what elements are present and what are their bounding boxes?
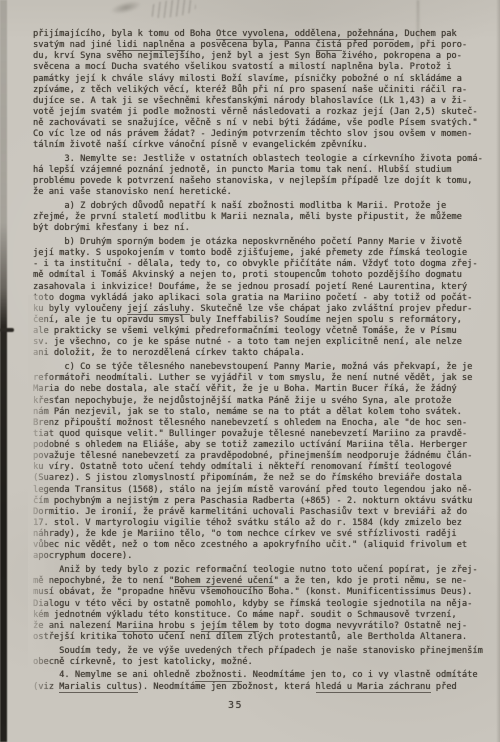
underline-mark <box>316 692 431 693</box>
text-line: ku byly vyloučeny její zásluhy. Skutečně… <box>33 304 493 315</box>
text-line: nám Pán nezjevil, jak se to stalo, nemám… <box>33 407 493 418</box>
text-line: Dormitio. Je ironií, že právě karmelitán… <box>33 507 493 518</box>
scanned-document-page: přijímajícího, byla k tomu od Boha Otce … <box>0 0 500 742</box>
underline-mark <box>201 631 259 632</box>
text-line: zřejmé, že první staletí modlitbu k Mari… <box>33 212 493 223</box>
text-line: Aniž by tedy bylo z pozic reformační teo… <box>33 565 493 576</box>
text-line: há lepší vzájemné poznání jednotě, in pu… <box>33 165 493 176</box>
text-line: svatým nad jiné lidi naplněna a posvěcen… <box>33 40 493 51</box>
paragraph: přijímajícího, byla k tomu od Boha Otce … <box>33 29 493 152</box>
text-line: že ani nalezení Mariina hrobu s jejím tě… <box>33 621 493 632</box>
text-line: 4. Nemylme se ani ohledně zbožnosti. Neo… <box>33 670 493 681</box>
paragraph: a) Z dobrých důvodů nepatří k naší zbožn… <box>33 201 493 234</box>
text-line: Brenz připouští možnost tělesného nanebe… <box>33 418 493 429</box>
text-line: její matky. S uspokojením v tomto bodě z… <box>33 248 493 259</box>
underline-mark <box>174 586 274 587</box>
paragraph: 4. Nemylme se ani ohledně zbožnosti. Neo… <box>33 670 493 692</box>
text-line: svěcena a mocí Ducha svatého všelikou sv… <box>33 62 493 73</box>
text-line: b) Druhým sporným bodem je otázka neposk… <box>33 237 493 248</box>
binding-shadow-tick <box>0 328 14 332</box>
text-line: 17. stol. V martyrologiu vigilie téhož s… <box>33 518 493 529</box>
text-line: tálním životě naší církve vánoční písně … <box>33 140 493 151</box>
text-line: čení, ale je tu opravdu smysl buly Ineff… <box>33 315 493 326</box>
text-line: památky její k chvále slávy milosti Boží… <box>33 74 493 85</box>
text-line: obecně církevně, to jest katolicky, možn… <box>33 657 493 668</box>
text-line: Soudím tedy, že ve výše uvedených třech … <box>33 646 493 657</box>
text-line: vůbec nic vědět, než o tom něco zcestnéh… <box>33 540 493 551</box>
paragraph: c) Co se týče tělesného nanebevstoupení … <box>33 362 493 563</box>
text-line: - i ta instituční - dělala, tedy to, co … <box>33 259 493 270</box>
text-line: křesťan nepochybuje, že nejdůstojnější m… <box>33 396 493 407</box>
text-line: 3. Nemylte se: Jestliže v ostatních obla… <box>33 154 493 165</box>
underline-mark <box>216 39 394 40</box>
text-line: podobné s ohledem na Eliáše, aby se toti… <box>33 440 493 451</box>
text-line: kém jednotném výkladu této konstituce. C… <box>33 610 493 621</box>
scan-smudge <box>147 0 197 20</box>
text-line: du, krví Syna svého nejmilejšího, jenž b… <box>33 51 493 62</box>
text-line: problému povede k potvrzení našeho stano… <box>33 176 493 187</box>
text-line: tiat quod quisque velit." Bullinger pova… <box>33 429 493 440</box>
scan-smudge <box>109 0 143 17</box>
paragraph: b) Druhým sporným bodem je otázka neposk… <box>33 237 493 360</box>
text-line: zpíváme, z těch velikých věcí, kteréž Bů… <box>33 85 493 96</box>
text-line: dujíce se. A tak ji se všechněmi křesťan… <box>33 96 493 107</box>
page-number: 35 <box>228 700 243 711</box>
text-line: musí obávat, že "propadne hněvu všemohou… <box>33 587 493 598</box>
text-line: toto dogma vykládá jako aplikaci sola gr… <box>33 293 493 304</box>
text-line: že ani vaše stanovisko není heretické. <box>33 187 493 198</box>
underline-mark <box>316 50 342 51</box>
underline-mark <box>59 692 138 693</box>
text-line: ale prakticky se všemi velkými předrefor… <box>33 326 493 337</box>
text-line: náhrady), že kde je Mariino tělo, "o tom… <box>33 529 493 540</box>
text-line: ostřejší kritika tohoto učení není dílem… <box>33 632 493 643</box>
underline-mark <box>117 50 185 51</box>
text-line: apocryphum docere). <box>33 551 493 562</box>
text-line: Maria do nebe dostala, ale stačí věřit, … <box>33 384 493 395</box>
text-line: mě odmítal i Tomáš Akvinský a nejen to, … <box>33 270 493 281</box>
underline-mark <box>127 314 190 315</box>
text-line: ani doložit, že to nerozdělená církev ta… <box>33 348 493 359</box>
underline-mark <box>195 681 242 682</box>
text-line: být dobrými křesťany i bez ní. <box>33 223 493 234</box>
text-line: reformátoři neodmítali. Luther se vyjádř… <box>33 373 493 384</box>
page-edge-shadow <box>496 0 500 742</box>
text-line: (Suarez). S jistou zlomyslností připomín… <box>33 473 493 484</box>
text-line: c) Co se týče tělesného nanebevstoupení … <box>33 362 493 373</box>
text-line: sv. je všechno, co je ke spáse nutné - a… <box>33 337 493 348</box>
text-line: legenda Transitus (1568), stálo na jejím… <box>33 485 493 496</box>
text-line: Co víc lze od nás právem žádat? - Jediný… <box>33 129 493 140</box>
text-line: Dialogu v této věci by ostatně pomohlo, … <box>33 599 493 610</box>
binding-shadow <box>0 0 7 742</box>
typewritten-text-body: přijímajícího, byla k tomu od Boha Otce … <box>33 29 493 693</box>
paragraph: Soudím tedy, že ve výše uvedených třech … <box>33 646 493 668</box>
text-line: považuje tělesné nanebevzetí za pravděpo… <box>33 451 493 462</box>
text-line: ku víry. Ostatně toto učení tehdy odmíta… <box>33 462 493 473</box>
text-line: votě jejím svatém ji podle možnosti věrn… <box>33 107 493 118</box>
text-line: zasahovala i inkvizice! Doufáme, že se j… <box>33 282 493 293</box>
paragraph: 3. Nemylte se: Jestliže v ostatních obla… <box>33 154 493 199</box>
text-line: čím pochybným a nejistým z pera Paschasi… <box>33 496 493 507</box>
text-line: ně zachovávati se snažujíce, věčně s ní … <box>33 118 493 129</box>
paragraph: Aniž by tedy bylo z pozic reformační teo… <box>33 565 493 643</box>
underline-mark <box>117 631 185 632</box>
text-line: a) Z dobrých důvodů nepatří k naší zbožn… <box>33 201 493 212</box>
